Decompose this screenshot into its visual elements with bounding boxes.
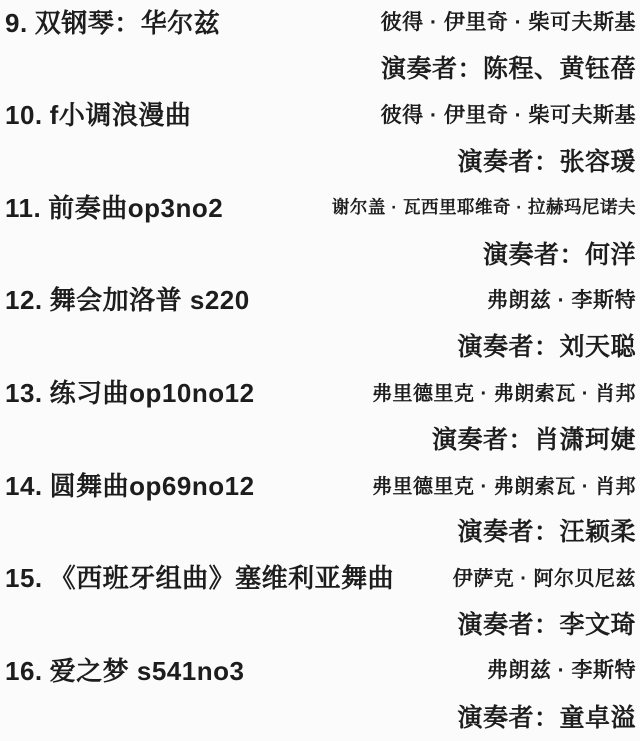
performer-label: 演奏者： <box>457 512 559 548</box>
performer-label: 演奏者： <box>457 698 559 734</box>
item-number: 11. <box>5 193 41 224</box>
item-heading: 15. 《西班牙组曲》塞维利亚舞曲 <box>5 558 394 595</box>
composer-name: 弗朗兹 · 李斯特 <box>487 284 636 314</box>
composer-name: 弗里德里克 · 弗朗索瓦 · 肖邦 <box>372 470 636 499</box>
program-item: 11. 前奏曲op3no2 谢尔盖 · 瓦西里耶维奇 · 拉赫玛尼诺夫 演奏者：… <box>5 183 636 276</box>
performer-label: 演奏者： <box>432 420 534 456</box>
performer-row: 演奏者： 汪颖柔 <box>5 507 636 553</box>
item-heading: 13. 练习曲op10no12 <box>5 373 255 410</box>
item-heading: 12. 舞会加洛普 s220 <box>5 280 250 317</box>
performer-label: 演奏者： <box>457 327 559 363</box>
performer-names: 肖潇珂婕 <box>534 420 636 456</box>
item-title: 前奏曲op3no2 <box>48 188 223 225</box>
performer-row: 演奏者： 何洋 <box>5 229 636 275</box>
item-number: 9. <box>5 8 28 39</box>
item-heading: 14. 圆舞曲op69no12 <box>5 466 255 503</box>
composer-name: 彼得 · 伊里奇 · 柴可夫斯基 <box>381 6 636 36</box>
program-item: 12. 舞会加洛普 s220 弗朗兹 · 李斯特 演奏者： 刘天聪 <box>5 276 636 369</box>
composer-name: 伊萨克 · 阿尔贝尼兹 <box>453 562 636 591</box>
composer-name: 谢尔盖 · 瓦西里耶维奇 · 拉赫玛尼诺夫 <box>332 194 636 219</box>
performer-names: 刘天聪 <box>559 327 636 363</box>
performer-row: 演奏者： 李文琦 <box>5 600 636 646</box>
program-item: 16. 爱之梦 s541no3 弗朗兹 · 李斯特 演奏者： 童卓溢 <box>5 646 636 739</box>
performer-names: 李文琦 <box>559 605 636 641</box>
program-item: 9. 双钢琴：华尔兹 彼得 · 伊里奇 · 柴可夫斯基 演奏者： 陈程、黄钰蓓 <box>5 0 636 91</box>
item-heading: 9. 双钢琴：华尔兹 <box>5 3 220 40</box>
performer-row: 演奏者： 肖潇珂婕 <box>5 415 636 461</box>
item-title: 《西班牙组曲》塞维利亚舞曲 <box>50 558 395 595</box>
performer-names: 张容瑗 <box>559 142 636 178</box>
item-title: 练习曲op10no12 <box>50 373 255 410</box>
item-heading: 11. 前奏曲op3no2 <box>5 188 223 225</box>
title-row: 14. 圆舞曲op69no12 弗里德里克 · 弗朗索瓦 · 肖邦 <box>5 461 636 507</box>
composer-name: 弗朗兹 · 李斯特 <box>487 654 636 684</box>
title-row: 11. 前奏曲op3no2 谢尔盖 · 瓦西里耶维奇 · 拉赫玛尼诺夫 <box>5 183 636 229</box>
title-row: 10. f小调浪漫曲 彼得 · 伊里奇 · 柴可夫斯基 <box>5 91 636 137</box>
title-row: 16. 爱之梦 s541no3 弗朗兹 · 李斯特 <box>5 646 636 692</box>
item-title: 舞会加洛普 s220 <box>50 280 250 317</box>
program-item: 10. f小调浪漫曲 彼得 · 伊里奇 · 柴可夫斯基 演奏者： 张容瑗 <box>5 91 636 184</box>
program-item: 14. 圆舞曲op69no12 弗里德里克 · 弗朗索瓦 · 肖邦 演奏者： 汪… <box>5 461 636 554</box>
performer-label: 演奏者： <box>457 605 559 641</box>
performer-label: 演奏者： <box>457 142 559 178</box>
item-title: f小调浪漫曲 <box>50 95 192 132</box>
composer-name: 彼得 · 伊里奇 · 柴可夫斯基 <box>381 99 636 129</box>
performer-names: 童卓溢 <box>559 698 636 734</box>
item-title: 双钢琴：华尔兹 <box>35 3 221 40</box>
title-row: 12. 舞会加洛普 s220 弗朗兹 · 李斯特 <box>5 276 636 322</box>
item-heading: 10. f小调浪漫曲 <box>5 95 191 132</box>
performer-row: 演奏者： 刘天聪 <box>5 322 636 368</box>
item-title: 圆舞曲op69no12 <box>50 466 255 503</box>
composer-name: 弗里德里克 · 弗朗索瓦 · 肖邦 <box>372 377 636 406</box>
item-number: 12. <box>5 285 43 316</box>
program-item: 15. 《西班牙组曲》塞维利亚舞曲 伊萨克 · 阿尔贝尼兹 演奏者： 李文琦 <box>5 554 636 647</box>
title-row: 13. 练习曲op10no12 弗里德里克 · 弗朗索瓦 · 肖邦 <box>5 368 636 414</box>
performer-label: 演奏者： <box>381 49 483 85</box>
item-title: 爱之梦 s541no3 <box>50 651 245 688</box>
program-item: 13. 练习曲op10no12 弗里德里克 · 弗朗索瓦 · 肖邦 演奏者： 肖… <box>5 368 636 461</box>
item-number: 15. <box>5 563 43 594</box>
item-number: 13. <box>5 378 43 409</box>
performer-row: 演奏者： 童卓溢 <box>5 692 636 738</box>
performer-names: 陈程、黄钰蓓 <box>483 49 636 85</box>
performer-names: 何洋 <box>585 235 636 271</box>
title-row: 9. 双钢琴：华尔兹 彼得 · 伊里奇 · 柴可夫斯基 <box>5 0 636 44</box>
item-heading: 16. 爱之梦 s541no3 <box>5 651 244 688</box>
performer-row: 演奏者： 陈程、黄钰蓓 <box>5 44 636 90</box>
item-number: 10. <box>5 100 43 131</box>
item-number: 16. <box>5 656 43 687</box>
performer-names: 汪颖柔 <box>559 512 636 548</box>
title-row: 15. 《西班牙组曲》塞维利亚舞曲 伊萨克 · 阿尔贝尼兹 <box>5 554 636 600</box>
performer-label: 演奏者： <box>483 235 585 271</box>
concert-program-list: 9. 双钢琴：华尔兹 彼得 · 伊里奇 · 柴可夫斯基 演奏者： 陈程、黄钰蓓 … <box>0 0 640 739</box>
performer-row: 演奏者： 张容瑗 <box>5 137 636 183</box>
item-number: 14. <box>5 471 43 502</box>
